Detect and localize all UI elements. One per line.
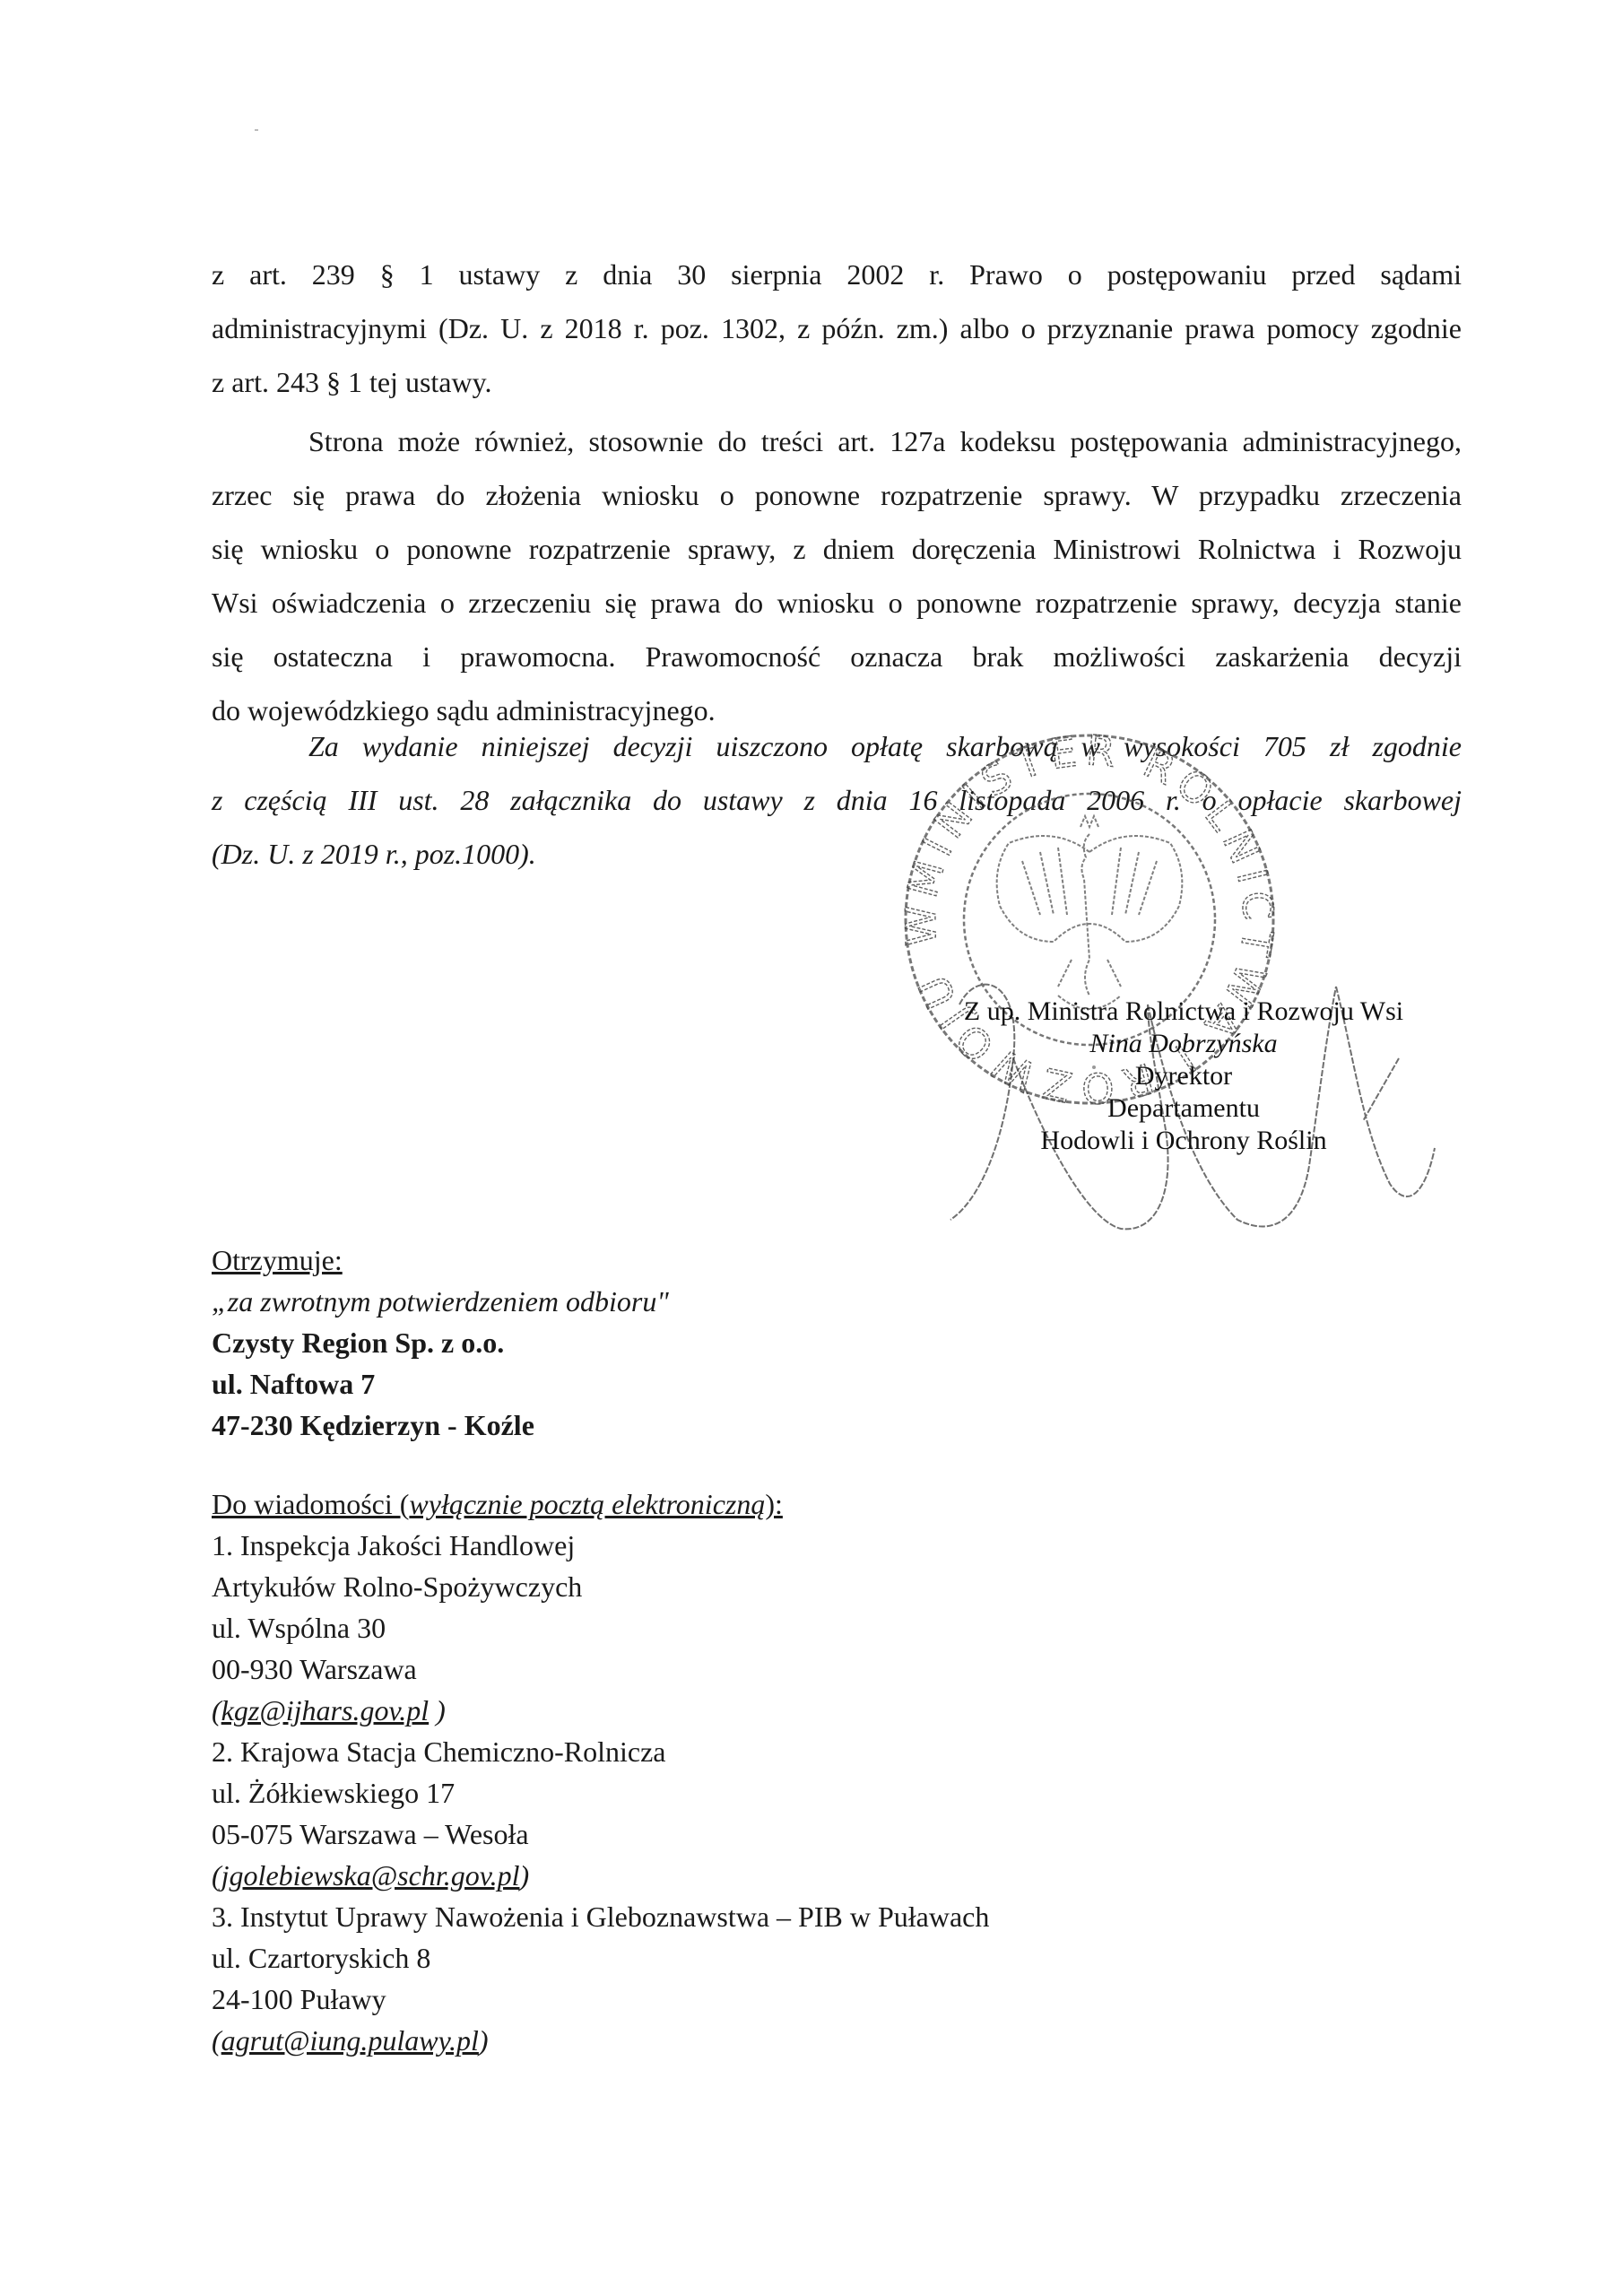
text-line: z art. 243 § 1 tej ustawy. [212, 355, 1462, 409]
scan-artifact [1092, 1065, 1096, 1069]
recipient-company: Czysty Region Sp. z o.o. [212, 1322, 669, 1363]
cc-line: Artykułów Rolno-Spożywczych [212, 1566, 989, 1607]
cc-entry: 1. Inspekcja Jakości Handlowej Artykułów… [212, 1525, 989, 1731]
text-line: Wsi oświadczenia o zrzeczeniu się prawa … [212, 576, 1462, 630]
recipient-street: ul. Naftowa 7 [212, 1363, 669, 1405]
cc-line: 2. Krajowa Stacja Chemiczno-Rolnicza [212, 1731, 989, 1772]
signature-block: Z up. Ministra Rolnictwa i Rozwoju Wsi N… [942, 996, 1426, 1157]
cc-email: (jgolebiewska@schr.gov.pl) [212, 1855, 989, 1896]
document-page: z art. 239 § 1 ustawy z dnia 30 sierpnia… [0, 0, 1623, 2296]
scan-artifact [255, 129, 258, 131]
cc-line: 1. Inspekcja Jakości Handlowej [212, 1525, 989, 1566]
email-link[interactable]: jgolebiewska@schr.gov.pl [221, 1859, 520, 1892]
cc-line: ul. Czartoryskich 8 [212, 1937, 989, 1979]
signatory-department-name: Hodowli i Ochrony Roślin [942, 1125, 1426, 1157]
signatory-department: Departamentu [942, 1092, 1426, 1125]
text-line: Strona może również, stosownie do treści… [212, 414, 1462, 468]
paragraph-court-complaint: z art. 239 § 1 ustawy z dnia 30 sierpnia… [212, 248, 1462, 409]
cc-line: 05-075 Warszawa – Wesoła [212, 1813, 989, 1855]
signatory-title: Dyrektor [942, 1060, 1426, 1092]
cc-heading: Do wiadomości (wyłącznie pocztą elektron… [212, 1483, 989, 1525]
paragraph-waiver: Strona może również, stosownie do treści… [212, 414, 1462, 737]
cc-entry: 2. Krajowa Stacja Chemiczno-Rolnicza ul.… [212, 1731, 989, 1896]
text-line: z art. 239 § 1 ustawy z dnia 30 sierpnia… [212, 248, 1462, 301]
recipient-city: 47-230 Kędzierzyn - Koźle [212, 1405, 669, 1446]
text-line: zrzec się prawa do złożenia wniosku o po… [212, 468, 1462, 522]
email-link[interactable]: kgz@ijhars.gov.pl [221, 1694, 430, 1726]
signatory-authority: Z up. Ministra Rolnictwa i Rozwoju Wsi [942, 996, 1426, 1028]
signatory-name: Nina Dobrzyńska [942, 1028, 1426, 1060]
delivery-note: „za zwrotnym potwierdzeniem odbioru" [212, 1281, 669, 1322]
cc-line: ul. Wspólna 30 [212, 1607, 989, 1648]
text-line: się ostateczna i prawomocna. Prawomocnoś… [212, 630, 1462, 683]
text-line: się wniosku o ponowne rozpatrzenie spraw… [212, 522, 1462, 576]
cc-email: (kgz@ijhars.gov.pl ) [212, 1690, 989, 1731]
text-line: administracyjnymi (Dz. U. z 2018 r. poz.… [212, 301, 1462, 355]
cc-line: 3. Instytut Uprawy Nawożenia i Gleboznaw… [212, 1896, 989, 1937]
cc-line: ul. Żółkiewskiego 17 [212, 1772, 989, 1813]
cc-line: 24-100 Puławy [212, 1979, 989, 2020]
cc-block: Do wiadomości (wyłącznie pocztą elektron… [212, 1483, 989, 2061]
recipient-heading: Otrzymuje: [212, 1239, 669, 1281]
email-link[interactable]: agrut@iung.pulawy.pl [221, 2024, 479, 2057]
cc-line: 00-930 Warszawa [212, 1648, 989, 1690]
cc-entry: 3. Instytut Uprawy Nawożenia i Gleboznaw… [212, 1896, 989, 2061]
recipient-block: Otrzymuje: „za zwrotnym potwierdzeniem o… [212, 1239, 669, 1446]
cc-email: (agrut@iung.pulawy.pl) [212, 2020, 989, 2061]
